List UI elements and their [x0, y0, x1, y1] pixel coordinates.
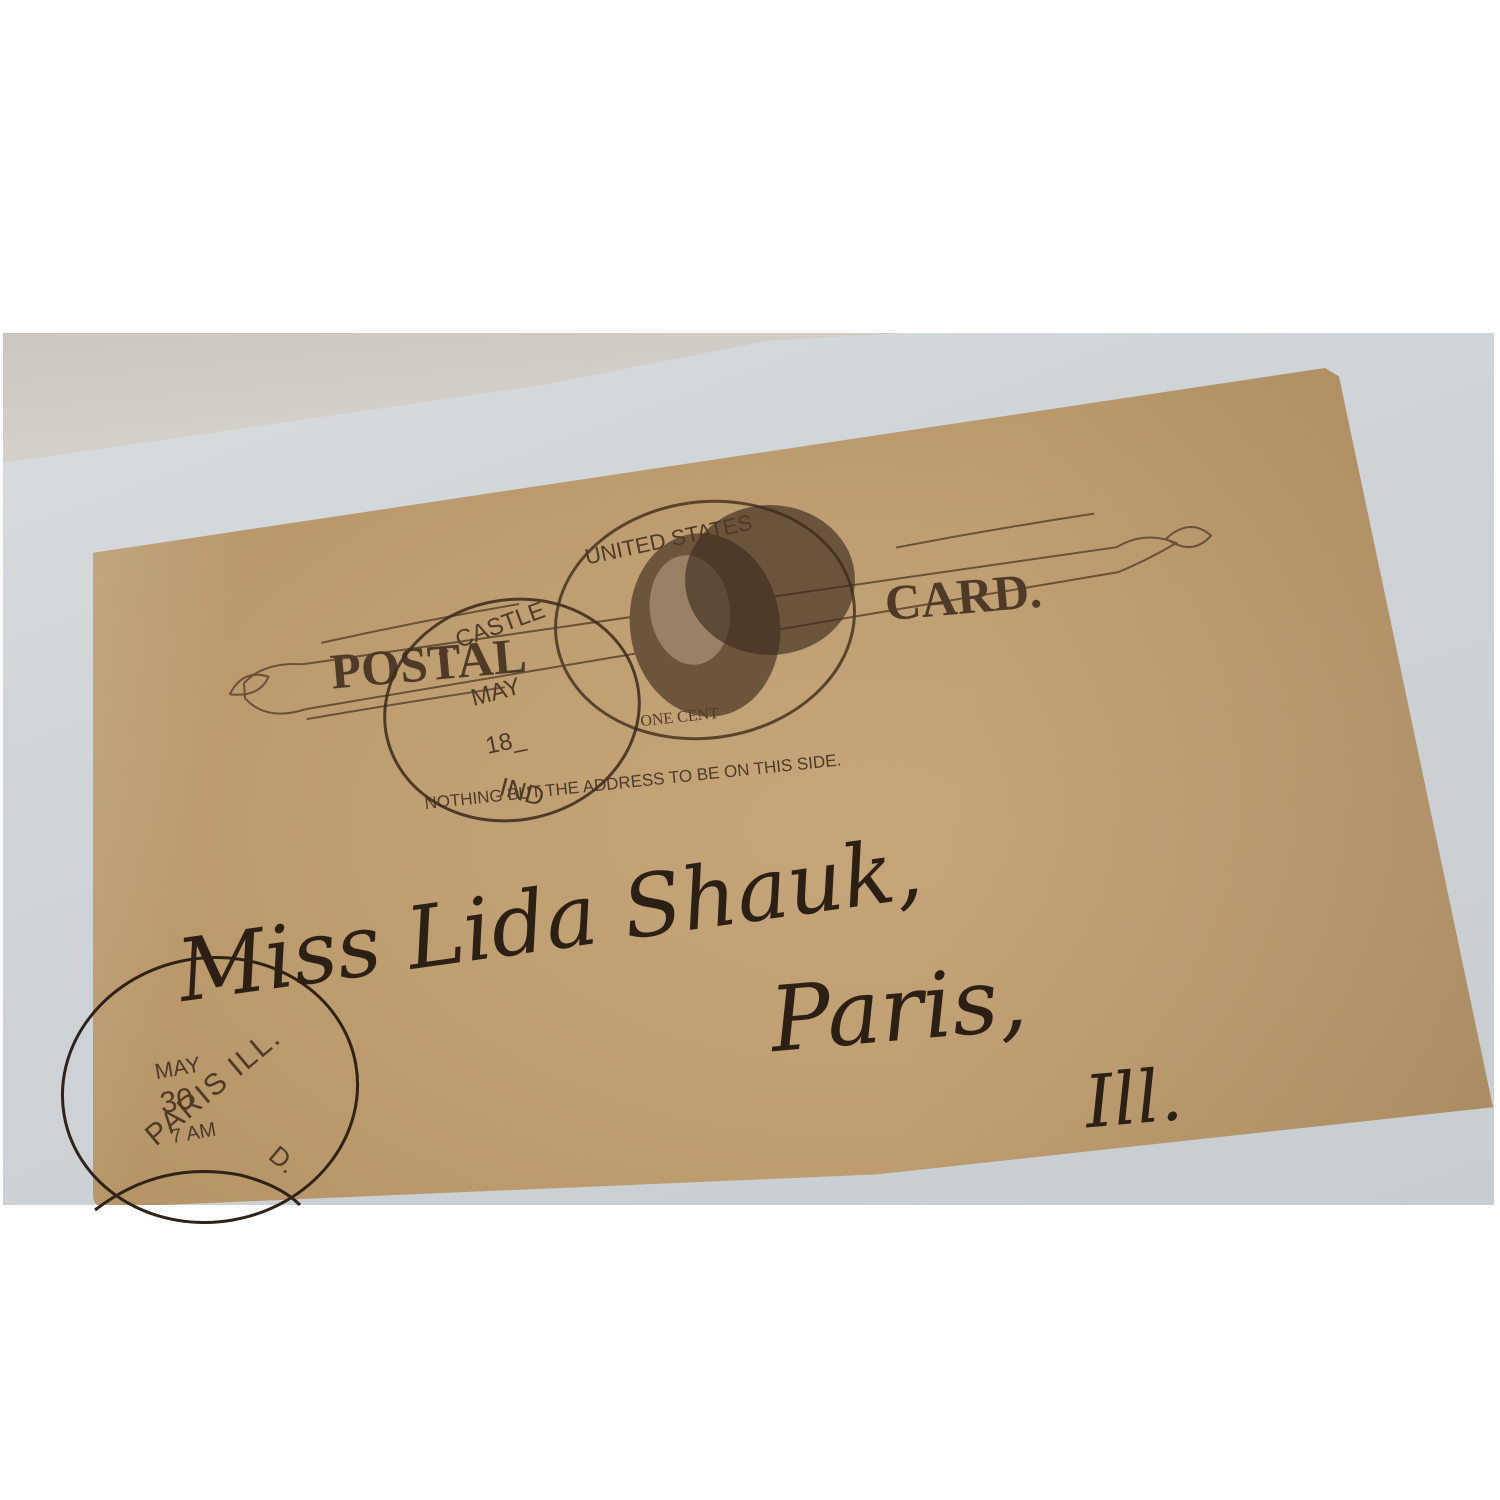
address-line2: Paris, [764, 946, 1031, 1073]
address-line3: Ill. [1079, 1052, 1185, 1144]
denomination: ONE CENT [640, 705, 720, 730]
origin-postmark-state: IND [497, 771, 548, 812]
title-right: CARD. [882, 562, 1043, 631]
receiving-postmark-suffix: D. [263, 1140, 302, 1180]
receiving-postmark-day: 30 [158, 1082, 197, 1120]
instruction-text: NOTHING BUT THE ADDRESS TO BE ON THIS SI… [424, 750, 842, 813]
card-artwork: UNITED STATES POSTAL CARD. ONE CENT NOTH… [0, 0, 1500, 1500]
origin-postmark-year: 18_ [483, 725, 528, 760]
